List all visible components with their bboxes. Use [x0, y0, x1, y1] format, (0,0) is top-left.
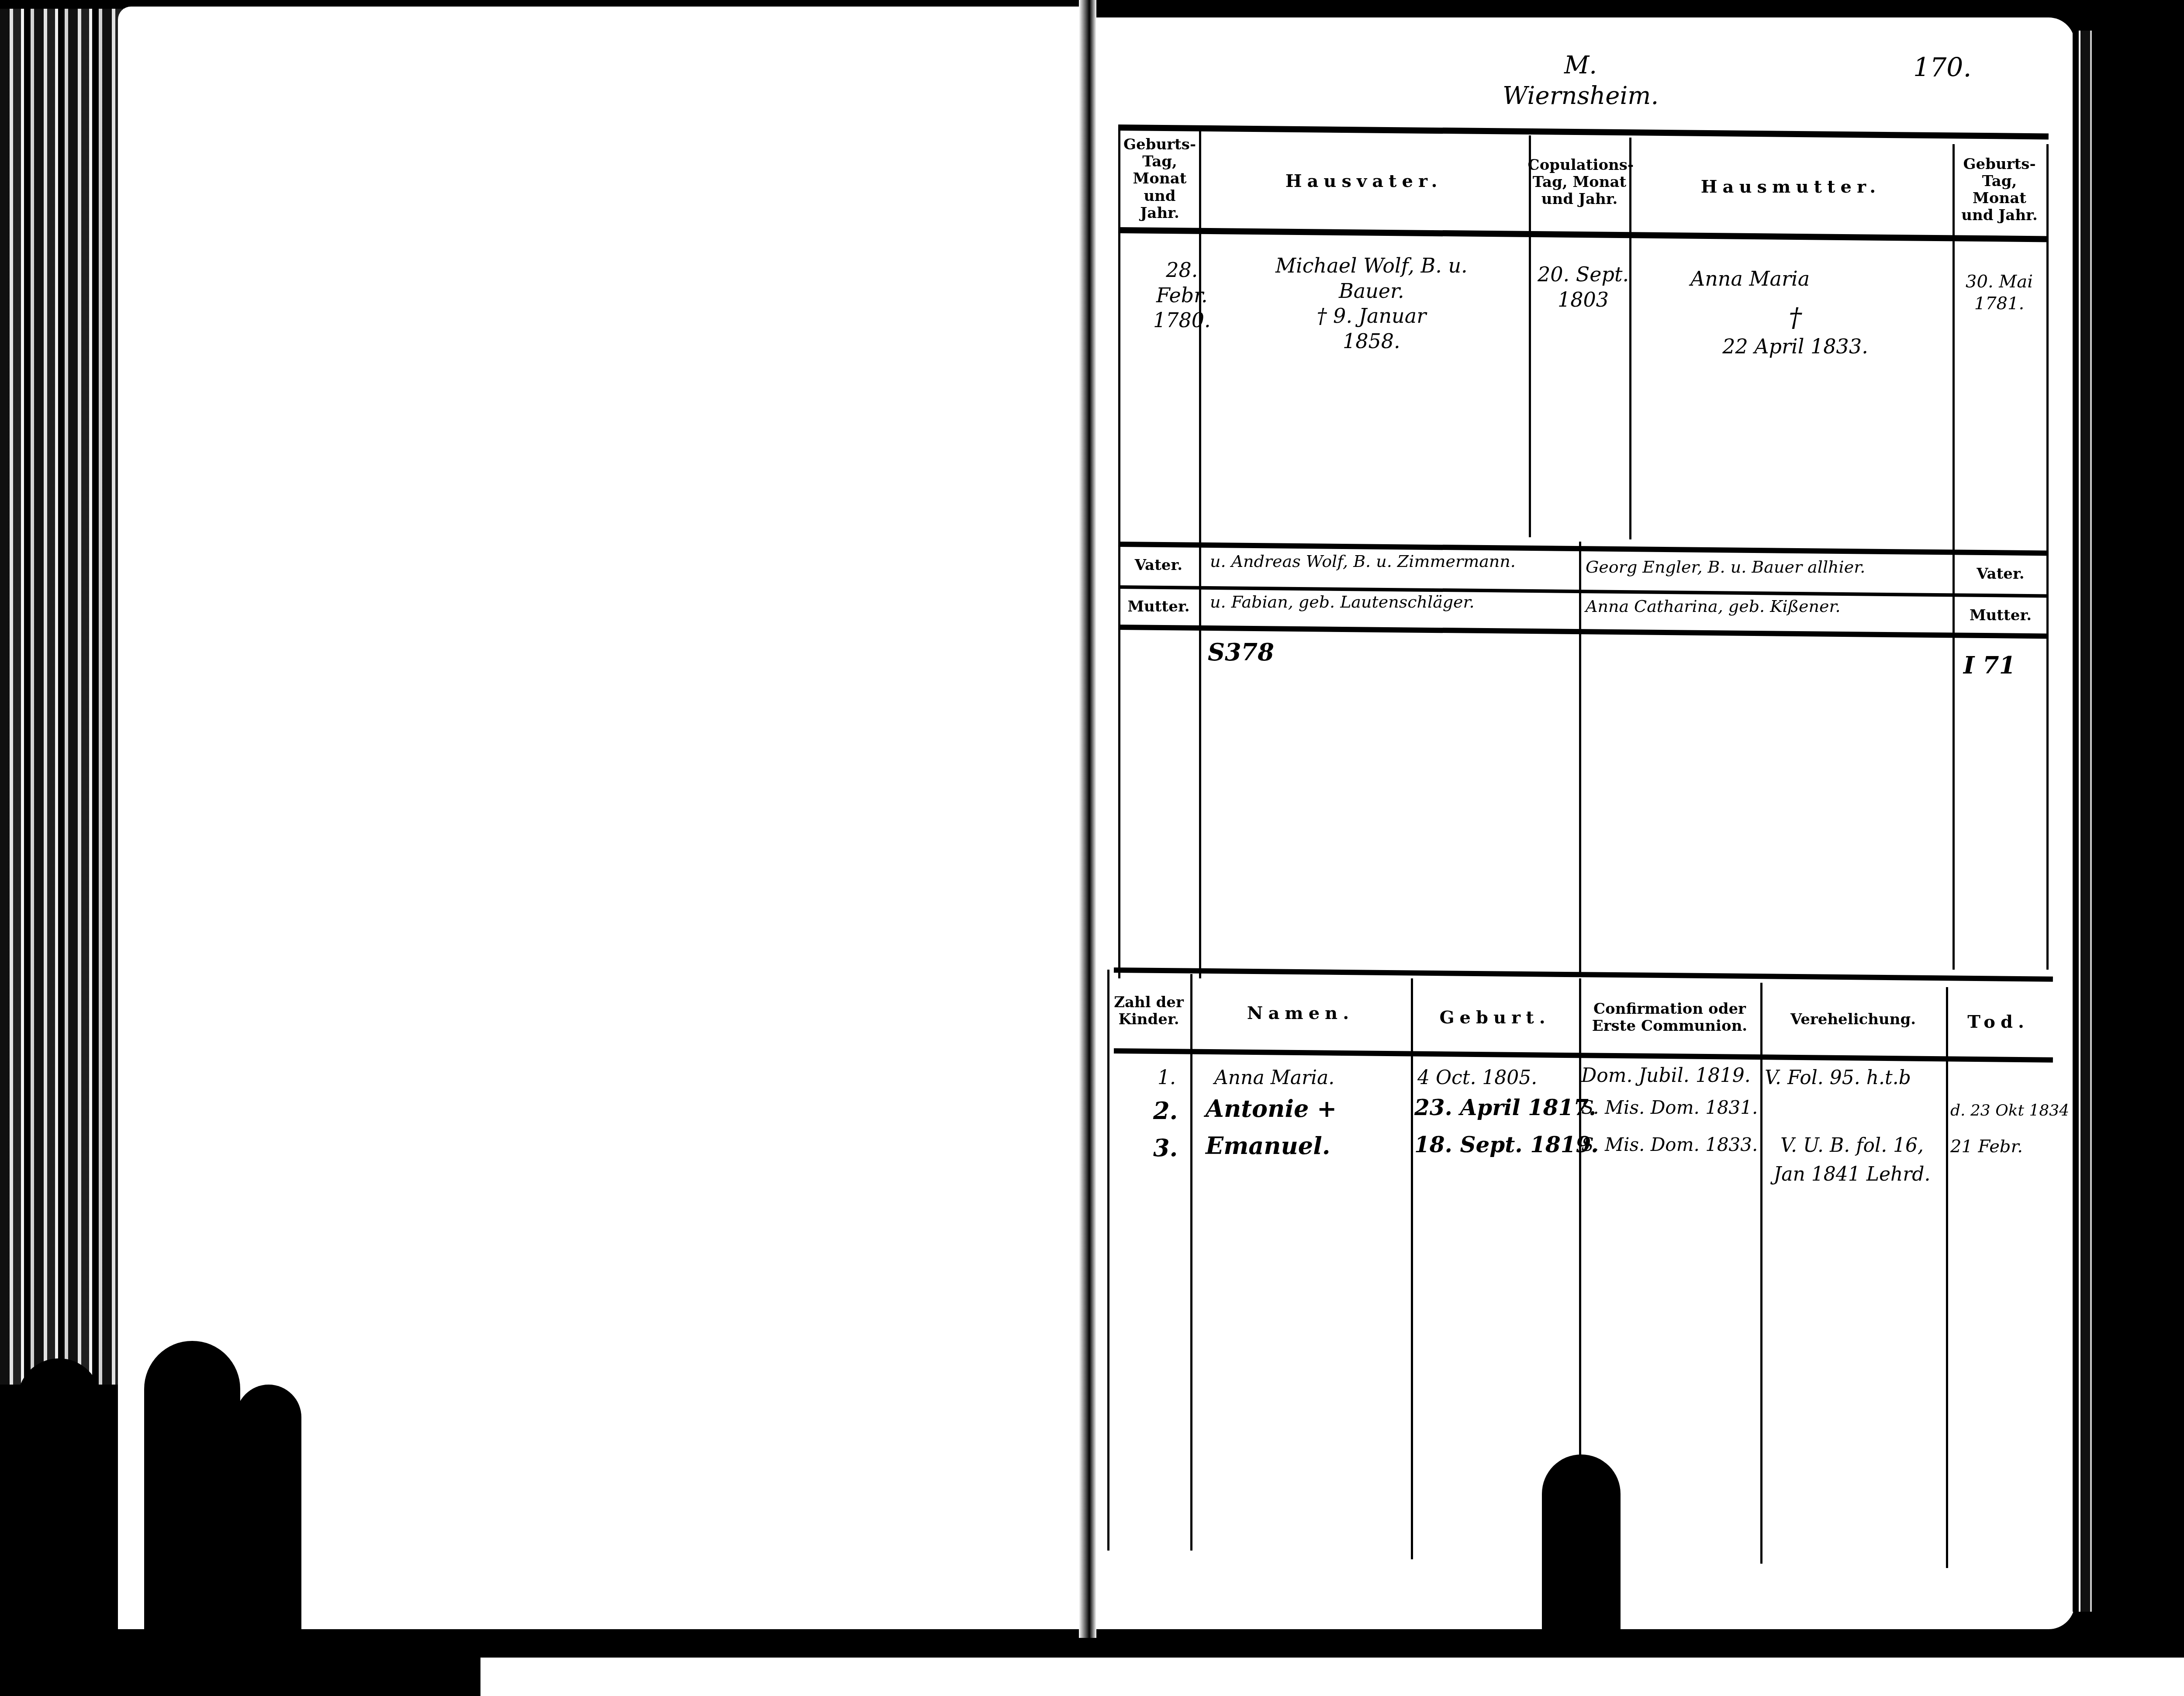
header-confirmation: Confirmation oder Erste Communion.: [1581, 981, 1758, 1055]
finger-left-2: [144, 1341, 240, 1696]
child-confirmation: S. Mis. Dom. 1831.: [1581, 1096, 1758, 1119]
header-child-number: Zahl der Kinder.: [1109, 972, 1188, 1050]
label-vater-right: Vater.: [1955, 557, 2046, 592]
marriage-date-entry: 20. Sept. 1803: [1538, 262, 1629, 312]
book-gutter: [1079, 0, 1096, 1638]
child-number: 2.: [1153, 1096, 1178, 1126]
father-mother-entry: u. Fabian, geb. Lautenschläger.: [1210, 592, 1475, 613]
child-confirmation: S. Mis. Dom. 1833.: [1581, 1133, 1758, 1157]
father-father-entry: u. Andreas Wolf, B. u. Zimmermann.: [1210, 551, 1516, 572]
child-name: Antonie +: [1206, 1094, 1337, 1124]
child-birth: 4 Oct. 1805.: [1417, 1066, 1537, 1090]
right-page: [1096, 17, 2075, 1629]
note-reference-right: I 71: [1963, 651, 2015, 680]
page-number: 170.: [1913, 52, 1972, 83]
col-rule: [1760, 983, 1762, 1564]
page-heading: M. Wiernsheim.: [1503, 50, 1659, 111]
note-reference-left: S378: [1208, 638, 1274, 667]
header-mother-birth: Geburts-Tag, Monat und Jahr.: [1955, 144, 2044, 236]
label-mutter-right: Mutter.: [1955, 598, 2046, 633]
header-child-birth: Geburt.: [1413, 981, 1577, 1055]
heading-letter: M.: [1503, 50, 1659, 81]
child-number: 3.: [1153, 1133, 1178, 1163]
book-edge-right: [2073, 31, 2147, 1612]
mother-birth-entry: 30. Mai 1781.: [1966, 271, 2033, 314]
child-marriage: V. U. B. fol. 16, Jan 1841 Lehrd.: [1765, 1131, 1939, 1189]
father-name-entry: Michael Wolf, B. u. Bauer. † 9. Januar 1…: [1275, 253, 1468, 354]
child-birth: 23. April 1817.: [1414, 1094, 1596, 1122]
col-rule: [2046, 144, 2049, 970]
book-bottom-edge: [271, 1638, 1974, 1658]
header-father-birth: Geburts-Tag, Monat und Jahr.: [1123, 131, 1197, 227]
mother-father-entry: Georg Engler, B. u. Bauer allhier.: [1586, 557, 1865, 578]
mother-death-entry: † 22 April 1833.: [1682, 301, 1909, 359]
child-death: 21 Febr.: [1950, 1136, 2023, 1157]
child-number: 1.: [1158, 1066, 1176, 1090]
finger-left-4: [0, 1420, 26, 1696]
table-surface: [480, 1658, 2184, 1696]
father-birth-entry: 28. Febr. 1780.: [1153, 258, 1211, 333]
header-hausvater: Hausvater.: [1201, 135, 1527, 227]
header-marriage: Verehelichung.: [1762, 983, 1944, 1057]
child-name: Anna Maria.: [1214, 1066, 1334, 1090]
child-confirmation: Dom. Jubil. 1819.: [1581, 1064, 1751, 1088]
col-rule: [1946, 987, 1948, 1568]
mother-name-entry: Anna Maria: [1690, 266, 1810, 292]
col-rule: [1579, 542, 1581, 974]
col-rule: [1190, 974, 1192, 1551]
mother-mother-entry: Anna Catharina, geb. Kißener.: [1586, 596, 1841, 617]
book-edge-left: [0, 9, 131, 1385]
label-mutter-left: Mutter.: [1120, 590, 1197, 625]
label-vater-left: Vater.: [1120, 548, 1197, 583]
finger-left-1: [17, 1358, 100, 1696]
header-child-name: Namen.: [1192, 976, 1409, 1050]
col-rule: [1107, 970, 1109, 1551]
child-name: Emanuel.: [1206, 1131, 1330, 1161]
header-marriage-date: Copulations-Tag, Monat und Jahr.: [1531, 135, 1628, 229]
heading-place: Wiernsheim.: [1503, 81, 1659, 111]
child-birth: 18. Sept. 1819.: [1414, 1131, 1599, 1159]
header-death: Tod.: [1948, 985, 2049, 1059]
col-rule: [1411, 978, 1413, 1559]
header-hausmutter: Hausmutter.: [1631, 140, 1950, 234]
child-marriage: V. Fol. 95. h.t.b: [1765, 1066, 1911, 1090]
child-death: d. 23 Okt 1834: [1950, 1101, 2069, 1120]
